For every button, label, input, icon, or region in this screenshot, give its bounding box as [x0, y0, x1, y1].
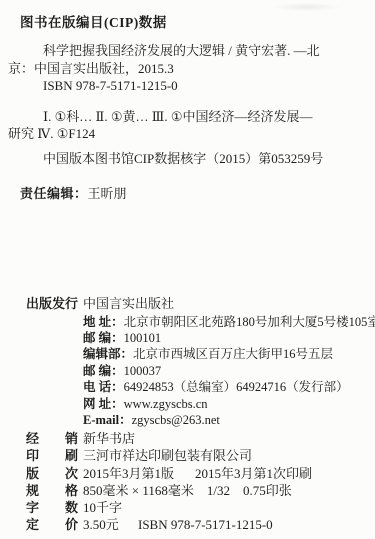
edition-value: 2015年3月第1版 — [83, 465, 195, 482]
cip-registration-number: 中国版本图书馆CIP数据核字（2015）第053259号 — [43, 150, 375, 168]
cip-header: 图书在版编目(CIP)数据 — [20, 13, 375, 32]
telephone-label: 电 话： — [83, 380, 124, 394]
detail-postcode-2: 邮 编：100037 — [83, 363, 375, 379]
format-label: 规 格 — [26, 482, 83, 499]
website-value: www.zgyscbs.cn — [124, 397, 208, 411]
detail-editorial-dept: 编辑部：北京市西城区百万庄大街甲16号五层 — [83, 346, 375, 362]
detail-address: 地 址：北京市朝阳区北苑路180号加利大厦5号楼105室 — [83, 314, 375, 330]
detail-email: E-mail：zgyscbs@263.net — [83, 412, 375, 428]
word-count-value: 10千字 — [83, 500, 122, 515]
detail-telephone: 电 话：64924853（总编室）64924716（发行部） — [83, 379, 375, 395]
row-word-count: 字 数10千字 — [0, 499, 375, 516]
telephone-value: 64924853（总编室）64924716（发行部） — [124, 380, 349, 394]
address-label: 地 址： — [83, 315, 124, 329]
price-isbn-value: ISBN 978-7-5171-1215-0 — [138, 517, 273, 532]
publisher-name: 中国言实出版社 — [83, 296, 174, 311]
responsible-editor-line: 责任编辑：王昕朋 — [20, 185, 375, 203]
printer-value: 三河市祥达印刷包装有限公司 — [83, 448, 252, 463]
distributor-label: 经 销 — [26, 430, 83, 447]
publisher-contact-details: 地 址：北京市朝阳区北苑路180号加利大厦5号楼105室 邮 编：100101 … — [0, 314, 375, 429]
row-printer: 印 刷三河市祥达印刷包装有限公司 — [0, 447, 375, 464]
detail-postcode-1: 邮 编：100101 — [83, 330, 375, 346]
scan-smudge-artifact — [272, 3, 342, 11]
book-copyright-page: 图书在版编目(CIP)数据 科学把握我国经济发展的大逻辑 / 黄守宏著. —北 … — [0, 0, 375, 539]
cip-publisher-line: 京：中国言实出版社，2015.3 — [8, 60, 365, 78]
row-format: 规 格850毫米 × 1168毫米 1/32 0.75印张 — [0, 482, 375, 499]
editorial-dept-value: 北京市西城区百万庄大街甲16号五层 — [133, 347, 333, 361]
detail-website: 网 址：www.zgyscbs.cn — [83, 396, 375, 412]
classification-line-2: 研究 Ⅳ. ①F124 — [8, 125, 365, 143]
publisher-row: 出版发行中国言实出版社 — [0, 295, 375, 313]
cip-title-author-line: 科学把握我国经济发展的大逻辑 / 黄守宏著. —北 — [8, 42, 365, 60]
cip-isbn-line: ISBN 978-7-5171-1215-0 — [8, 77, 365, 95]
website-label: 网 址： — [83, 397, 124, 411]
price-label: 定 价 — [26, 516, 83, 533]
email-label: E-mail： — [83, 413, 132, 427]
distributor-value: 新华书店 — [83, 431, 135, 446]
cip-record: 科学把握我国经济发展的大逻辑 / 黄守宏著. —北 京：中国言实出版社，2015… — [8, 42, 365, 95]
cip-classification: Ⅰ. ①科… Ⅱ. ①黄… Ⅲ. ①中国经济—经济发展— 研究 Ⅳ. ①F124 — [8, 108, 365, 143]
printer-label: 印 刷 — [26, 447, 83, 464]
email-value: zgyscbs@263.net — [132, 413, 220, 427]
word-count-label: 字 数 — [26, 499, 83, 516]
responsible-editor-name: 王昕朋 — [88, 186, 127, 201]
address-value: 北京市朝阳区北苑路180号加利大厦5号楼105室 — [124, 315, 375, 329]
postcode-1-label: 邮 编： — [83, 331, 124, 345]
classification-line-1: Ⅰ. ①科… Ⅱ. ①黄… Ⅲ. ①中国经济—经济发展— — [8, 108, 365, 126]
print-spec-rows: 经 销新华书店 印 刷三河市祥达印刷包装有限公司 版 次2015年3月第1版20… — [0, 430, 375, 533]
editorial-dept-label: 编辑部： — [83, 347, 133, 361]
row-distributor: 经 销新华书店 — [0, 430, 375, 447]
postcode-2-label: 邮 编： — [83, 364, 124, 378]
row-edition: 版 次2015年3月第1版2015年3月第1次印刷 — [0, 465, 375, 482]
printing-value: 2015年3月第1次印刷 — [195, 466, 312, 481]
publisher-label: 出版发行 — [26, 295, 83, 313]
format-value: 850毫米 × 1168毫米 1/32 0.75印张 — [83, 483, 292, 498]
postcode-2-value: 100037 — [124, 364, 162, 378]
postcode-1-value: 100101 — [124, 331, 162, 345]
publication-info-section: 出版发行中国言实出版社 地 址：北京市朝阳区北苑路180号加利大厦5号楼105室… — [0, 295, 375, 533]
responsible-editor-label: 责任编辑： — [20, 186, 88, 201]
price-value: 3.50元 — [83, 516, 138, 533]
row-price: 定 价3.50元ISBN 978-7-5171-1215-0 — [0, 516, 375, 533]
edition-label: 版 次 — [26, 465, 83, 482]
